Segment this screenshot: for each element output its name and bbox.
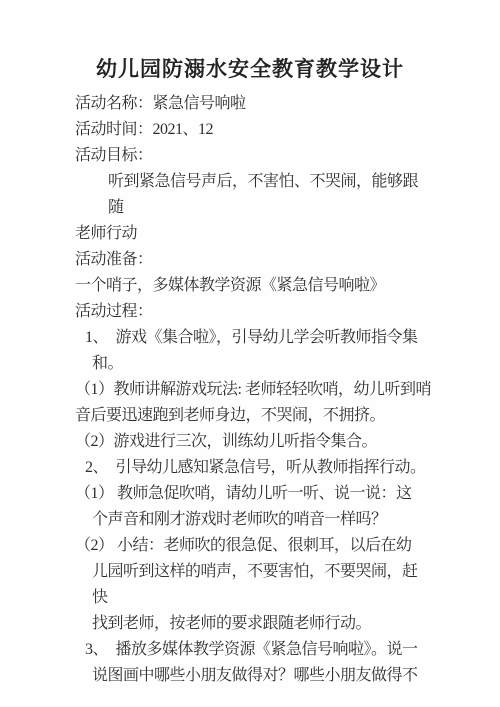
text-line: 活动名称：紧急信号响啦	[75, 91, 432, 117]
text-line: 儿园听到这样的哨声，不要害怕，不要哭闹，赶快	[75, 559, 432, 611]
text-line: 找到老师，按老师的要求跟随老师行动。	[75, 611, 432, 637]
text-line: 2、 引导幼儿感知紧急信号，听从教师指挥行动。	[75, 455, 432, 481]
text-line: 3、 播放多媒体教学资源《紧急信号响啦》。说一	[75, 637, 432, 663]
text-line: 个声音和刚才游戏时老师吹的哨音一样吗？	[75, 507, 432, 533]
text-line: 老师行动	[75, 221, 432, 247]
text-line: 活动目标：	[75, 143, 432, 169]
document-page: 幼儿园防溺水安全教育教学设计 活动名称：紧急信号响啦活动时间：2021、12活动…	[0, 0, 500, 707]
text-line: （2） 小结：老师吹的很急促、很刺耳，以后在幼	[75, 533, 432, 559]
text-line: 活动准备：	[75, 247, 432, 273]
text-line: 活动时间：2021、12	[75, 117, 432, 143]
text-line: 听到紧急信号声后，不害怕、不哭闹，能够跟随	[75, 169, 432, 221]
text-line: 音后要迅速跑到老师身边，不哭闹，不拥挤。	[75, 403, 432, 429]
text-line: （2）游戏进行三次，训练幼儿听指令集合。	[75, 429, 432, 455]
text-line: 和。	[75, 351, 432, 377]
text-line: 1、 游戏《集合啦》，引导幼儿学会听教师指令集	[75, 325, 432, 351]
document-body: 活动名称：紧急信号响啦活动时间：2021、12活动目标：听到紧急信号声后，不害怕…	[0, 91, 500, 689]
text-line: 活动过程：	[75, 299, 432, 325]
text-line: （1）教师讲解游戏玩法: 老师轻轻吹哨，幼儿听到哨	[75, 377, 432, 403]
document-title: 幼儿园防溺水安全教育教学设计	[0, 0, 500, 84]
text-line: （1） 教师急促吹哨，请幼儿听一听、说一说：这	[75, 481, 432, 507]
text-line: 说图画中哪些小朋友做得对？哪些小朋友做得不	[75, 663, 432, 689]
text-line: 一个哨子，多媒体教学资源《紧急信号响啦》	[75, 273, 432, 299]
